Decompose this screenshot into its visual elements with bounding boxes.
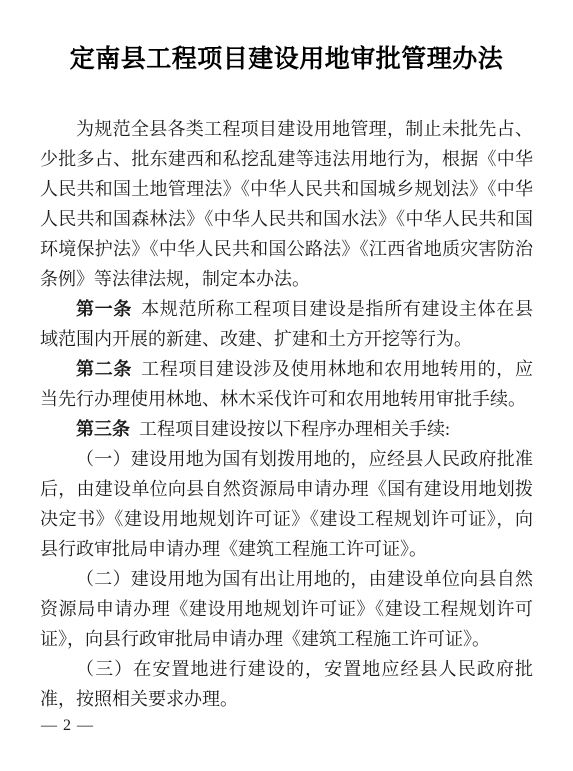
document-body: 为规范全县各类工程项目建设用地管理，制止未批先占、少批多占、批东建西和私挖乱建等… — [40, 114, 533, 714]
paragraph-item-3: （三）在安置地进行建设的，安置地应经县人民政府批准，按照相关要求办理。 — [40, 654, 533, 714]
paragraph-text: （三）在安置地进行建设的，安置地应经县人民政府批准，按照相关要求办理。 — [40, 659, 533, 709]
paragraph-text: 工程项目建设按以下程序办理相关手续: — [139, 419, 450, 439]
paragraph-text: 为规范全县各类工程项目建设用地管理，制止未批先占、少批多占、批东建西和私挖乱建等… — [40, 119, 533, 289]
paragraph-article-2: 第二条工程项目建设涉及使用林地和农用地转用的，应当先行办理使用林地、林木采伐许可… — [40, 354, 533, 414]
paragraph-item-2: （二）建设用地为国有出让用地的，由建设单位向县自然资源局申请办理《建设用地规划许… — [40, 564, 533, 654]
paragraph-text: （二）建设用地为国有出让用地的，由建设单位向县自然资源局申请办理《建设用地规划许… — [40, 569, 533, 649]
article-label: 第二条 — [76, 359, 132, 379]
document-page: 定南县工程项目建设用地审批管理办法 为规范全县各类工程项目建设用地管理，制止未批… — [0, 0, 573, 771]
paragraph-article-1: 第一条本规范所称工程项目建设是指所有建设主体在县域范围内开展的新建、改建、扩建和… — [40, 294, 533, 354]
paragraph-intro: 为规范全县各类工程项目建设用地管理，制止未批先占、少批多占、批东建西和私挖乱建等… — [40, 114, 533, 294]
document-title: 定南县工程项目建设用地审批管理办法 — [40, 44, 533, 76]
article-label: 第三条 — [76, 419, 130, 439]
paragraph-article-3: 第三条工程项目建设按以下程序办理相关手续: — [40, 414, 533, 444]
paragraph-item-1: （一）建设用地为国有划拨用地的，应经县人民政府批准后，由建设单位向县自然资源局申… — [40, 444, 533, 564]
page-number: — 2 — — [41, 716, 94, 736]
paragraph-text: （一）建设用地为国有划拨用地的，应经县人民政府批准后，由建设单位向县自然资源局申… — [40, 449, 533, 559]
article-label: 第一条 — [76, 299, 132, 319]
